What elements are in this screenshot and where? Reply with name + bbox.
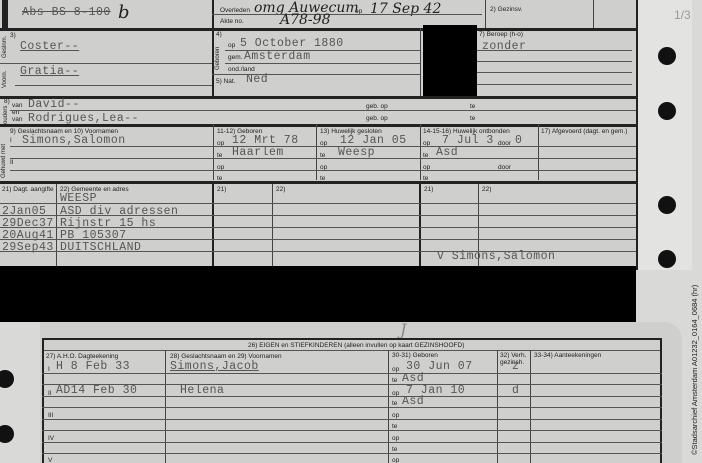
- overleden-label: Overleden: [220, 7, 250, 14]
- col21-label: 21): [217, 186, 226, 193]
- child-name: Simons,Jacob: [170, 360, 259, 373]
- rule: [10, 170, 636, 171]
- divider: [212, 184, 214, 266]
- divider: [538, 124, 539, 180]
- card-binding-strip: 1/3: [636, 0, 692, 270]
- divider: [56, 184, 57, 266]
- child-born-col-label: 30-31) Geboren: [392, 352, 438, 359]
- rule: [42, 453, 662, 454]
- punch-hole-icon: [0, 370, 14, 388]
- rule: [42, 350, 662, 351]
- registration-card-back: J 26) EIGEN en STIEFKINDEREN (alleen inv…: [40, 322, 682, 463]
- card-edge: [2, 0, 8, 30]
- birth-date: 5 October 1880: [240, 37, 344, 50]
- te-label: te: [392, 446, 397, 453]
- te-label: te: [470, 115, 475, 122]
- te-label: te: [392, 377, 397, 384]
- rule: [42, 396, 662, 397]
- nationality-label: 5) Nat.: [216, 78, 236, 85]
- divider: [485, 0, 486, 28]
- row-num: IV: [48, 435, 54, 442]
- op-label: op: [392, 412, 399, 419]
- rule: [0, 63, 212, 64]
- te-label: te: [392, 400, 397, 407]
- aho-col-label: 27) A.H.O. Dagteekening: [46, 353, 118, 360]
- rule: [10, 158, 636, 159]
- op-label: op: [392, 435, 399, 442]
- row-num: I: [48, 366, 50, 373]
- address-date: 29Sep43: [2, 241, 54, 254]
- gem-label: gem.: [228, 54, 242, 61]
- rule: [0, 181, 636, 184]
- left-col-label: 17) Afgevoerd (dagt. en gem.): [541, 128, 627, 135]
- punch-hole-icon: [0, 425, 14, 443]
- divider: [420, 124, 421, 180]
- abs-reference: Abs BS 8-100: [22, 6, 111, 19]
- page-mark: 1/3: [674, 8, 691, 22]
- op-label: op: [228, 42, 235, 49]
- handwritten-mark: b: [118, 2, 130, 23]
- punch-hole-icon: [658, 102, 676, 120]
- birth-place: Amsterdam: [244, 50, 311, 63]
- rule: [477, 72, 632, 73]
- col22-label: 22): [482, 186, 491, 193]
- rule: [0, 28, 636, 31]
- te-label: te: [392, 423, 397, 430]
- row-num: I: [10, 137, 12, 144]
- van-label: van: [12, 116, 22, 123]
- gezinsv-label: 2) Gezinsv.: [490, 6, 522, 13]
- given-name: Gratia--: [20, 65, 79, 78]
- col21-label: 21): [424, 186, 433, 193]
- divider: [213, 124, 214, 180]
- rule: [0, 215, 636, 216]
- punch-hole-icon: [658, 250, 676, 268]
- punch-hole-icon: [658, 47, 676, 65]
- geb-op-label: geb. op: [366, 103, 388, 110]
- rule: [42, 430, 662, 431]
- registration-card-front: Abs BS 8-100 b Overleden omg Auwecum op …: [0, 0, 636, 266]
- akte-value: A78-98: [280, 12, 330, 28]
- rule: [477, 61, 632, 62]
- notes-col-label: 33-34) Aanteekeningen: [534, 352, 601, 359]
- rule: [212, 74, 420, 75]
- rule: [42, 419, 662, 420]
- divider: [420, 28, 421, 97]
- punch-hole-icon: [658, 196, 676, 214]
- rule: [0, 227, 636, 228]
- nationality: Ned: [246, 73, 268, 86]
- rule: [42, 373, 662, 374]
- op-label: op: [392, 457, 399, 463]
- redaction-block: [423, 25, 477, 97]
- top-mark: J: [400, 320, 406, 339]
- geboren-vertical-label: Geboren: [215, 47, 221, 70]
- given-name-label: Voorn.: [2, 71, 8, 88]
- occupation: zonder: [482, 40, 526, 53]
- divider: [42, 338, 44, 463]
- row-num: II: [10, 159, 14, 166]
- te-label: te: [470, 103, 475, 110]
- divider: [272, 184, 273, 266]
- occupation-label: 7) Beroep (h-o): [479, 31, 523, 38]
- rule: [10, 110, 636, 111]
- van-label: van: [12, 102, 22, 109]
- divider: [660, 338, 662, 463]
- geb-op-label: geb. op: [366, 115, 388, 122]
- rule: [212, 14, 482, 15]
- rule: [42, 407, 662, 408]
- rule: [477, 50, 632, 51]
- parents-vertical-label: ouders: [3, 106, 9, 124]
- akte-label: Akte no.: [220, 18, 244, 25]
- rule: [0, 239, 636, 240]
- rule: [0, 124, 636, 127]
- child-verh: z: [512, 360, 519, 373]
- section-number: 8): [4, 98, 10, 105]
- child-aho: H 8 Feb 33: [56, 360, 130, 373]
- spouse-vertical-label: Gehuwd met: [1, 144, 7, 178]
- op-label: op: [392, 366, 399, 373]
- child-name-col-label: 28) Geslachtsnaam en 29) Voornamen: [170, 353, 282, 360]
- address: DUITSCHLAND: [60, 241, 141, 254]
- ondland-label: ond./land: [228, 66, 255, 73]
- divider: [316, 124, 317, 180]
- divider: [419, 184, 421, 266]
- rule: [477, 84, 632, 85]
- children-title: 26) EIGEN en STIEFKINDEREN (alleen invul…: [248, 342, 464, 349]
- redaction-band: [0, 266, 636, 322]
- section-number: 3): [10, 32, 16, 39]
- rule: [0, 251, 636, 252]
- rule: [0, 96, 636, 99]
- rule: [42, 442, 662, 443]
- divider: [593, 0, 594, 28]
- rule: [15, 85, 212, 86]
- rule: [225, 63, 420, 64]
- row-num: V: [48, 457, 52, 463]
- section-number: 4): [216, 31, 222, 38]
- date-col-label: 21) Dagt. aangifte: [2, 186, 54, 193]
- rule: [0, 203, 636, 204]
- col22-label: 22): [276, 186, 285, 193]
- archive-credit: ©Stadsarchief Amsterdam A01232_0164_0684…: [690, 285, 699, 455]
- rule: [10, 146, 636, 147]
- row-num: III: [48, 412, 53, 419]
- rule: [42, 338, 662, 340]
- surname-label: Geslnm.: [2, 36, 8, 58]
- surname: Coster--: [20, 40, 79, 53]
